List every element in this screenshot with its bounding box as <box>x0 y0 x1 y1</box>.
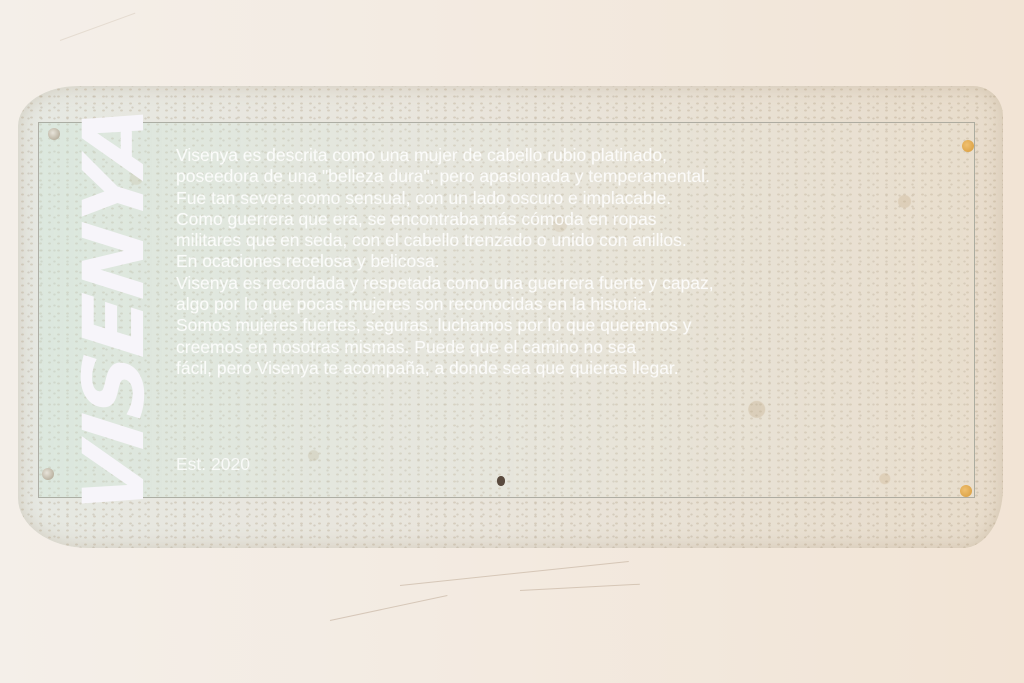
wall-crack <box>400 561 629 586</box>
standoff-screw-bottom-right <box>960 485 972 497</box>
established-year: Est. 2020 <box>176 454 250 475</box>
plaque-title-text: VISENYA <box>65 101 163 519</box>
wall-crack <box>60 13 136 41</box>
text-line: poseedora de una "belleza dura", pero ap… <box>176 166 966 187</box>
standoff-screw-top-left <box>48 128 60 140</box>
text-line: En ocaciones recelosa y belicosa. <box>176 251 966 272</box>
plaque-title: VISENYA <box>58 150 170 470</box>
wall-anchor-hole <box>497 476 505 486</box>
text-line: Visenya es recordada y respetada como un… <box>176 273 966 294</box>
text-line: militares que en seda, con el cabello tr… <box>176 230 966 251</box>
text-line: fácil, pero Visenya te acompaña, a donde… <box>176 358 966 379</box>
wall-crack <box>520 584 640 591</box>
text-line: Visenya es descrita como una mujer de ca… <box>176 145 966 166</box>
text-line: Fue tan severa como sensual, con un lado… <box>176 188 966 209</box>
text-line: creemos en nosotras mismas. Puede que el… <box>176 337 966 358</box>
wall-crack <box>330 595 448 621</box>
plaque-body-text: Visenya es descrita como una mujer de ca… <box>176 145 966 379</box>
text-line: Como guerrera que era, se encontraba más… <box>176 209 966 230</box>
standoff-screw-bottom-left <box>42 468 54 480</box>
text-line: algo por lo que pocas mujeres son recono… <box>176 294 966 315</box>
text-line: Somos mujeres fuertes, seguras, luchamos… <box>176 315 966 336</box>
